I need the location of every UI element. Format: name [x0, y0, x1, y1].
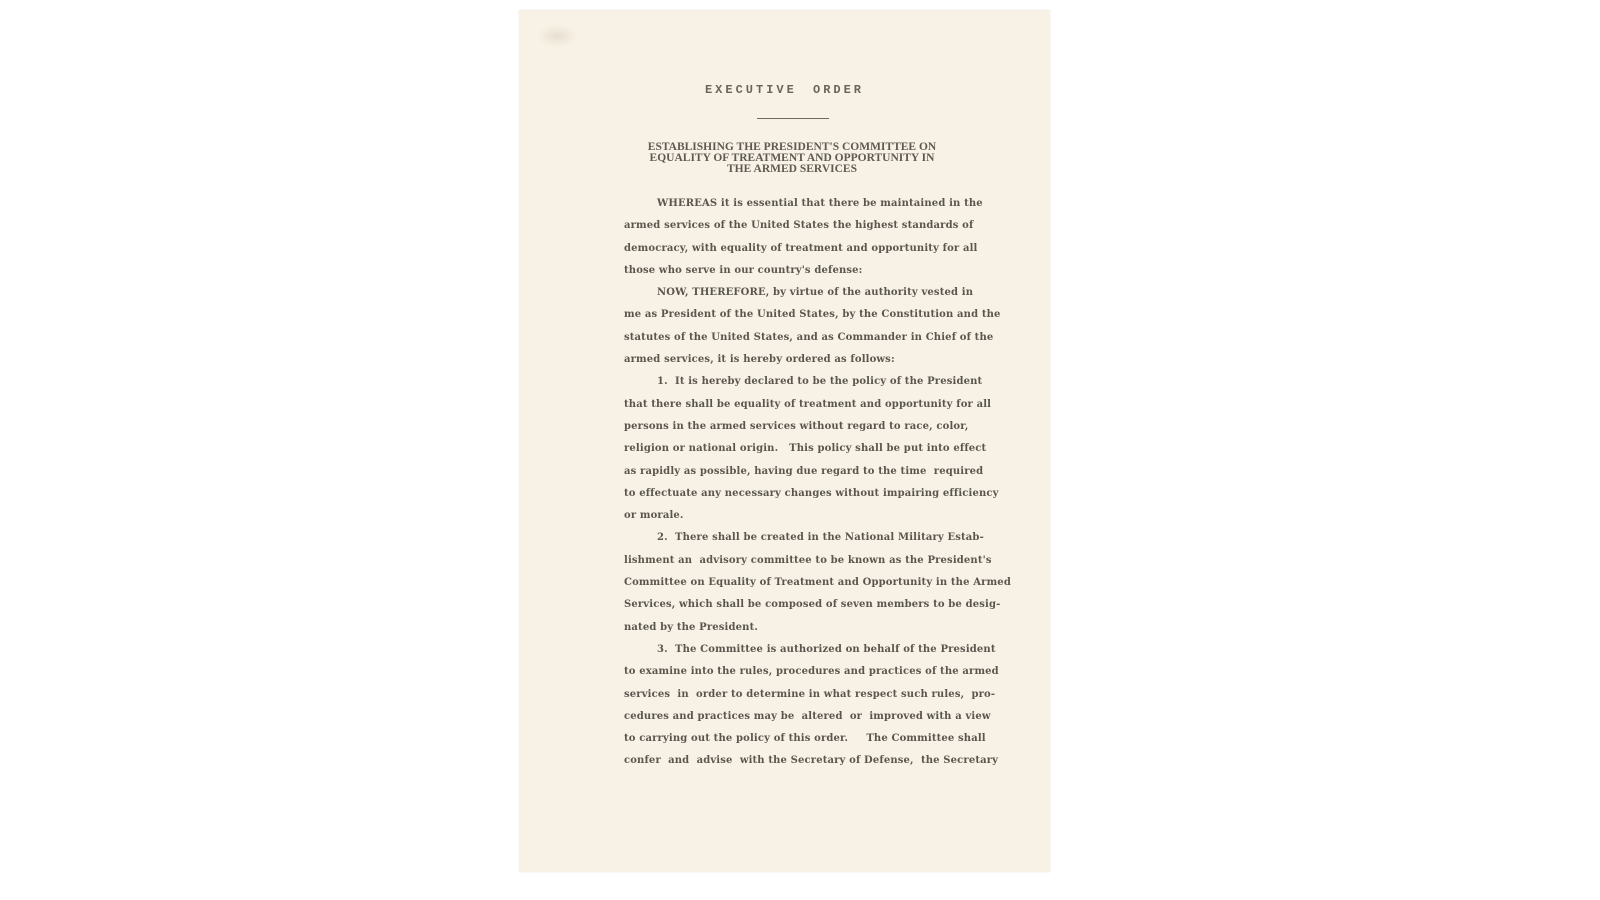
document-title: EXECUTIVE ORDER — [519, 83, 1050, 97]
document-page: EXECUTIVE ORDER ESTABLISHING THE PRESIDE… — [519, 10, 1050, 872]
body-line: that there shall be equality of treatmen… — [624, 394, 999, 416]
body-line: lishment an advisory committee to be kno… — [624, 550, 999, 572]
body-line: 1. It is hereby declared to be the polic… — [624, 371, 999, 393]
title-rule — [757, 118, 829, 119]
body-line: 3. The Committee is authorized on behalf… — [624, 639, 999, 661]
body-line: to examine into the rules, procedures an… — [624, 661, 999, 683]
body-line: NOW, THEREFORE, by virtue of the authori… — [624, 282, 999, 304]
body-line: cedures and practices may be altered or … — [624, 706, 999, 728]
body-line: Committee on Equality of Treatment and O… — [624, 572, 999, 594]
body-line: persons in the armed services without re… — [624, 416, 999, 438]
body-line: or morale. — [624, 505, 999, 527]
body-line: nated by the President. — [624, 617, 999, 639]
body-line: 2. There shall be created in the Nationa… — [624, 527, 999, 549]
body-line: statutes of the United States, and as Co… — [624, 327, 999, 349]
document-subtitle: ESTABLISHING THE PRESIDENT'S COMMITTEE O… — [519, 142, 1065, 175]
document-body: WHEREAS it is essential that there be ma… — [624, 193, 999, 773]
body-line: to carrying out the policy of this order… — [624, 728, 999, 750]
body-line: religion or national origin. This policy… — [624, 438, 999, 460]
body-line: armed services, it is hereby ordered as … — [624, 349, 999, 371]
body-line: me as President of the United States, by… — [624, 304, 999, 326]
body-line: Services, which shall be composed of sev… — [624, 594, 999, 616]
body-line: those who serve in our country's defense… — [624, 260, 999, 282]
body-line: to effectuate any necessary changes with… — [624, 483, 999, 505]
body-line: services in order to determine in what r… — [624, 684, 999, 706]
body-line: armed services of the United States the … — [624, 215, 999, 237]
body-line: as rapidly as possible, having due regar… — [624, 461, 999, 483]
body-line: WHEREAS it is essential that there be ma… — [624, 193, 999, 215]
body-line: confer and advise with the Secretary of … — [624, 750, 999, 772]
body-line: democracy, with equality of treatment an… — [624, 238, 999, 260]
subtitle-line: THE ARMED SERVICES — [519, 164, 1065, 175]
paper-blemish — [537, 24, 577, 48]
